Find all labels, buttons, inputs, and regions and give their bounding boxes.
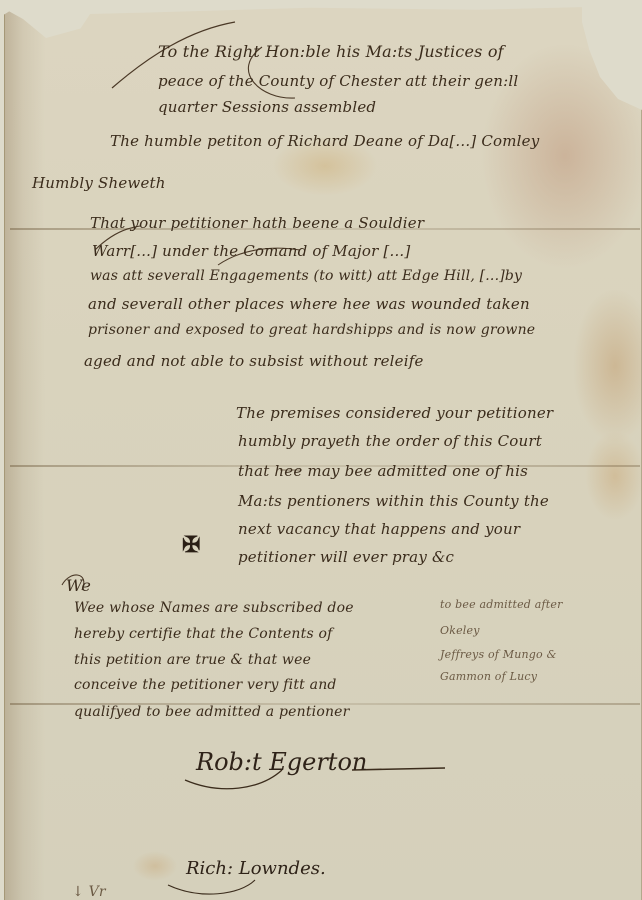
body-line-4: and severall other places where hee was … bbox=[88, 295, 530, 313]
prayer-line-5: next vacancy that happens and your bbox=[238, 520, 520, 538]
marginal-note-line-2: Okeley bbox=[440, 624, 480, 637]
body-line-1: That your petitioner hath beene a Souldi… bbox=[90, 214, 424, 232]
body-line-6: aged and not able to subsist without rel… bbox=[84, 352, 424, 370]
prayer-line-4: Ma:ts pentioners within this County the bbox=[238, 492, 549, 510]
bottom-fragment: ↓ Vr bbox=[72, 884, 106, 900]
marginal-note-line-3: Jeffreys of Mungo & bbox=[440, 648, 557, 661]
certification-line-2: hereby certifie that the Contents of bbox=[74, 626, 333, 642]
manuscript-page: To the Right Hon:ble his Ma:ts Justices … bbox=[0, 0, 642, 900]
certification-line-1: Wee whose Names are subscribed doe bbox=[74, 600, 354, 616]
salutation: Humbly Sheweth bbox=[32, 174, 166, 192]
certification-line-4: conceive the petitioner very fitt and bbox=[74, 677, 337, 693]
certification-mark: We bbox=[66, 576, 91, 595]
marginal-note-line-1: to bee admitted after bbox=[440, 598, 563, 611]
prayer-line-2: humbly prayeth the order of this Court bbox=[238, 432, 542, 450]
address-line-1: To the Right Hon:ble his Ma:ts Justices … bbox=[158, 42, 504, 61]
petition-title: The humble petiton of Richard Deane of D… bbox=[110, 132, 539, 150]
prayer-line-3: that hee may bee admitted one of his bbox=[238, 462, 528, 480]
certification-line-5: qualifyed to bee admitted a pentioner bbox=[74, 704, 350, 720]
prayer-line-6: petitioner will ever pray &c bbox=[238, 548, 454, 566]
body-line-3: was att severall Engagements (to witt) a… bbox=[90, 268, 522, 284]
body-line-5: prisoner and exposed to great hardshipps… bbox=[88, 322, 535, 338]
prayer-line-1: The premises considered your petitioner bbox=[236, 404, 553, 422]
ink-mark: ✠ bbox=[182, 537, 208, 553]
signature-egerton: Rob:t Egerton bbox=[196, 748, 367, 776]
address-line-3: quarter Sessions assembled bbox=[158, 98, 376, 116]
certification-line-3: this petition are true & that wee bbox=[74, 652, 311, 668]
body-line-2: Warr[...] under the Comand of Major [...… bbox=[92, 242, 410, 260]
signature-lowndes: Rich: Lowndes. bbox=[186, 858, 326, 879]
marginal-note-line-4: Gammon of Lucy bbox=[440, 670, 537, 683]
address-line-2: peace of the County of Chester att their… bbox=[158, 72, 518, 90]
